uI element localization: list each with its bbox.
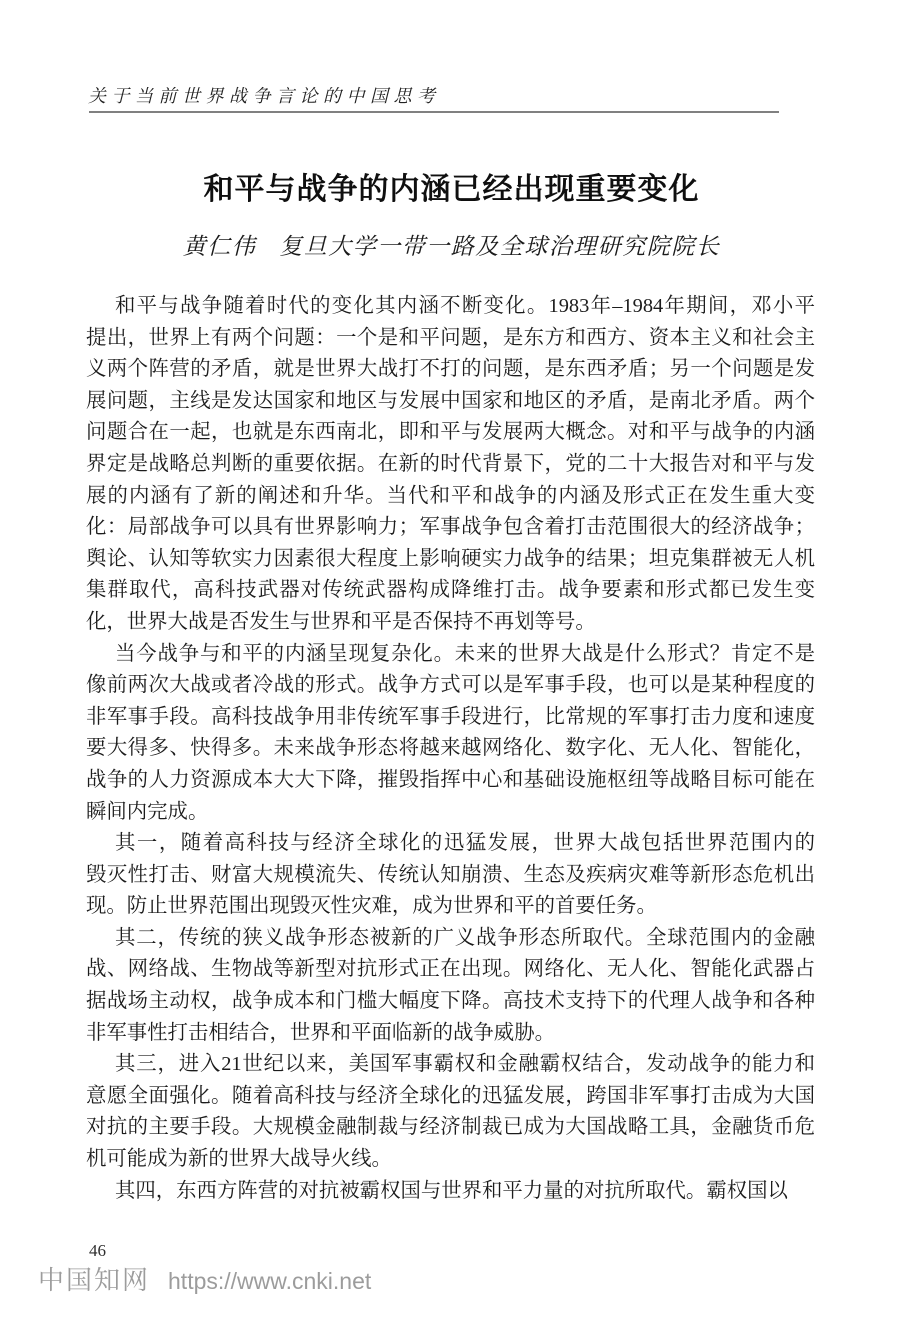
article-body: 和平与战争随着时代的变化其内涵不断变化。1983年–1984年期间，邓小平提出，…	[86, 291, 815, 1207]
body-line: 其一，随着高科技与经济全球化的迅猛发展，世界大战包括世界范围内的	[86, 828, 815, 860]
body-line: 化：局部战争可以具有世界影响力；军事战争包含着打击范围很大的经济战争；	[86, 512, 815, 544]
body-line: 展问题，主线是发达国家和地区与发展中国家和地区的矛盾，是南北矛盾。两个	[86, 386, 815, 418]
body-line: 瞬间内完成。	[86, 797, 815, 829]
cnki-site-name: 中国知网	[38, 1260, 150, 1297]
body-line: 毁灭性打击、财富大规模流失、传统认知崩溃、生态及疾病灾难等新形态危机出	[86, 860, 815, 892]
body-line: 其三，进入21世纪以来，美国军事霸权和金融霸权结合，发动战争的能力和	[86, 1049, 815, 1081]
body-line: 界定是战略总判断的重要依据。在新的时代背景下，党的二十大报告对和平与发	[86, 449, 815, 481]
body-line: 意愿全面强化。随着高科技与经济全球化的迅猛发展，跨国非军事打击成为大国	[86, 1081, 815, 1113]
article-title: 和平与战争的内涵已经出现重要变化	[0, 164, 903, 208]
body-line: 非军事手段。高科技战争用非传统军事手段进行，比常规的军事打击力度和速度	[86, 702, 815, 734]
body-line: 非军事性打击相结合，世界和平面临新的战争威胁。	[86, 1018, 815, 1050]
body-line: 现。防止世界范围出现毁灭性灾难，成为世界和平的首要任务。	[86, 891, 815, 923]
paragraph: 其四，东西方阵营的对抗被霸权国与世界和平力量的对抗所取代。霸权国以	[86, 1176, 815, 1208]
body-line: 集群取代，高科技武器对传统武器构成降维打击。战争要素和形式都已发生变	[86, 575, 815, 607]
body-line: 要大得多、快得多。未来战争形态将越来越网络化、数字化、无人化、智能化，	[86, 733, 815, 765]
paragraph: 其一，随着高科技与经济全球化的迅猛发展，世界大战包括世界范围内的毁灭性打击、财富…	[86, 828, 815, 923]
header-rule	[89, 111, 779, 113]
body-line: 像前两次大战或者冷战的形式。战争方式可以是军事手段，也可以是某种程度的	[86, 670, 815, 702]
running-header: 关于当前世界战争言论的中国思考	[88, 82, 441, 108]
body-line: 对抗的主要手段。大规模金融制裁与经济制裁已成为大国战略工具，金融货币危	[86, 1112, 815, 1144]
paragraph: 其二，传统的狭义战争形态被新的广义战争形态所取代。全球范围内的金融战、网络战、生…	[86, 923, 815, 1049]
page-number: 46	[89, 1241, 106, 1261]
author-name: 黄仁伟	[183, 234, 257, 259]
document-page: 关于当前世界战争言论的中国思考 和平与战争的内涵已经出现重要变化 黄仁伟复旦大学…	[0, 0, 903, 1323]
body-line: 据战场主动权，战争成本和门槛大幅度下降。高技术支持下的代理人战争和各种	[86, 986, 815, 1018]
body-line: 舆论、认知等软实力因素很大程度上影响硬实力战争的结果；坦克集群被无人机	[86, 544, 815, 576]
cnki-watermark: 中国知网 https://www.cnki.net	[38, 1260, 371, 1297]
author-line: 黄仁伟复旦大学一带一路及全球治理研究院院长	[0, 228, 903, 261]
body-line: 展的内涵有了新的阐述和升华。当代和平和战争的内涵及形式正在发生重大变	[86, 481, 815, 513]
body-line: 当今战争与和平的内涵呈现复杂化。未来的世界大战是什么形式？肯定不是	[86, 639, 815, 671]
body-line: 和平与战争随着时代的变化其内涵不断变化。1983年–1984年期间，邓小平	[86, 291, 815, 323]
body-line: 其二，传统的狭义战争形态被新的广义战争形态所取代。全球范围内的金融	[86, 923, 815, 955]
body-line: 其四，东西方阵营的对抗被霸权国与世界和平力量的对抗所取代。霸权国以	[86, 1176, 815, 1208]
body-line: 战、网络战、生物战等新型对抗形式正在出现。网络化、无人化、智能化武器占	[86, 954, 815, 986]
body-line: 问题合在一起，也就是东西南北，即和平与发展两大概念。对和平与战争的内涵	[86, 417, 815, 449]
paragraph: 和平与战争随着时代的变化其内涵不断变化。1983年–1984年期间，邓小平提出，…	[86, 291, 815, 639]
body-line: 机可能成为新的世界大战导火线。	[86, 1144, 815, 1176]
body-line: 化，世界大战是否发生与世界和平是否保持不再划等号。	[86, 607, 815, 639]
body-line: 战争的人力资源成本大大下降，摧毁指挥中心和基础设施枢纽等战略目标可能在	[86, 765, 815, 797]
cnki-url: https://www.cnki.net	[168, 1268, 371, 1295]
paragraph: 当今战争与和平的内涵呈现复杂化。未来的世界大战是什么形式？肯定不是像前两次大战或…	[86, 639, 815, 829]
paragraph: 其三，进入21世纪以来，美国军事霸权和金融霸权结合，发动战争的能力和意愿全面强化…	[86, 1049, 815, 1175]
body-line: 提出，世界上有两个问题：一个是和平问题，是东方和西方、资本主义和社会主	[86, 323, 815, 355]
body-line: 义两个阵营的矛盾，就是世界大战打不打的问题，是东西矛盾；另一个问题是发	[86, 354, 815, 386]
author-affiliation: 复旦大学一带一路及全球治理研究院院长	[279, 234, 720, 259]
